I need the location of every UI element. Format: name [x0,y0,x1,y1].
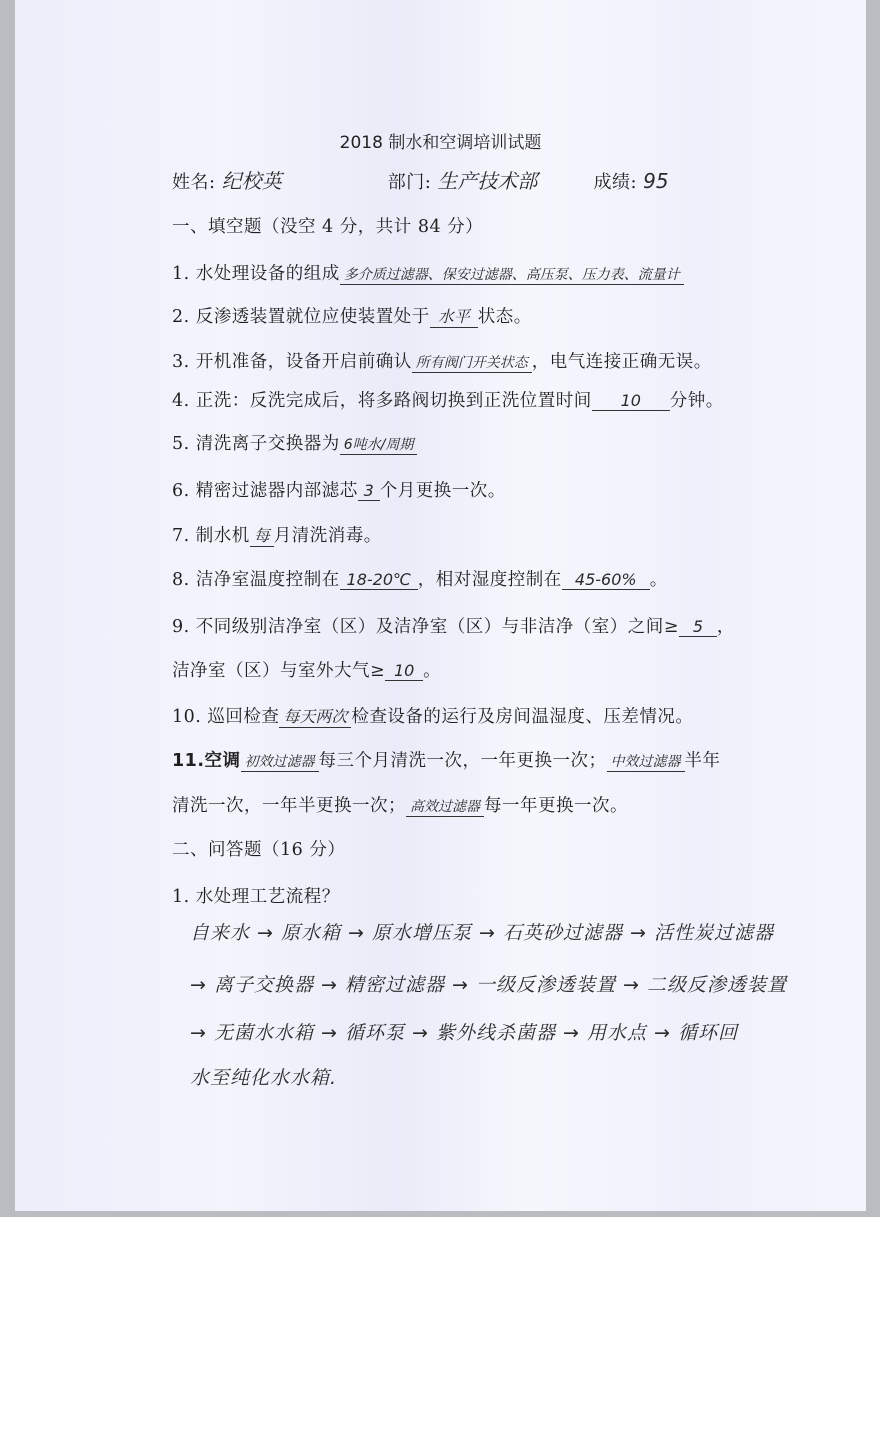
question-9-continued: 洁净室（区）与室外大气≥10。 [172,657,441,682]
q4-prefix: 4. 正洗：反洗完成后，将多路阀切换到正洗位置时间 [172,391,592,411]
q6-suffix: 个月更换一次。 [380,481,506,501]
q6-answer: 3 [358,481,380,501]
q4-suffix: 分钟。 [670,391,724,411]
dept-value: 生产技术部 [437,165,587,194]
q10-prefix: 10. 巡回检查 [172,707,279,727]
q9-prefix: 9. 不同级别洁净室（区）及洁净室（区）与非洁净（室）之间≥ [172,617,679,637]
question-1: 1. 水处理设备的组成多介质过滤器、保安过滤器、高压泵、压力表、流量计 [172,260,684,285]
question-4: 4. 正洗：反洗完成后，将多路阀切换到正洗位置时间10分钟。 [172,387,724,412]
q3-suffix: ，电气连接正确无误。 [532,352,712,372]
q11-prefix: 11.空调 [172,751,241,771]
question-6: 6. 精密过滤器内部滤芯3个月更换一次。 [172,477,506,502]
q6-prefix: 6. 精密过滤器内部滤芯 [172,481,358,501]
question-11-continued: 清洗一次，一年半更换一次；高效过滤器每一年更换一次。 [172,792,628,817]
q11-suffix: 半年 [685,751,721,771]
essay-question-1: 1. 水处理工艺流程？ [172,883,340,908]
essay-answer-line: → 离子交换器 → 精密过滤器 → 一级反渗透装置 → 二级反渗透装置 [190,970,787,997]
q5-answer: 6吨水/周期 [340,434,418,455]
score-value: 95 [643,169,668,193]
q9-suffix: ， [717,617,735,637]
q9b-prefix: 洁净室（区）与室外大气≥ [172,661,385,681]
name-value: 纪校英 [222,165,382,194]
question-9: 9. 不同级别洁净室（区）及洁净室（区）与非洁净（室）之间≥5， [172,613,735,638]
header-row: 姓名: 纪校英 部门: 生产技术部 成绩: 95 [172,165,669,194]
q8-answer-temperature: 18-20℃ [340,570,418,590]
q2-prefix: 2. 反渗透装置就位应使装置处于 [172,307,430,327]
q3-prefix: 3. 开机准备，设备开启前确认 [172,352,412,372]
q1-prefix: 1. 水处理设备的组成 [172,264,340,284]
question-7: 7. 制水机每月清洗消毒。 [172,522,382,547]
essay-answer-line: 水至纯化水水箱. [190,1063,337,1090]
q9b-answer: 10 [385,661,423,681]
q8-middle: ，相对湿度控制在 [418,570,562,590]
question-2: 2. 反渗透装置就位应使装置处于水平状态。 [172,303,532,328]
name-label: 姓名: [172,172,216,193]
q7-answer: 每 [250,523,274,547]
exam-paper: 2018 制水和空调培训试题 姓名: 纪校英 部门: 生产技术部 成绩: 95 … [15,0,866,1211]
question-11: 11.空调初效过滤器每三个月清洗一次，一年更换一次；中效过滤器半年 [172,747,721,772]
q2-suffix: 状态。 [478,307,532,327]
section1-heading: 一、填空题（没空 4 分，共计 84 分） [172,213,483,238]
q8-prefix: 8. 洁净室温度控制在 [172,570,340,590]
essay-answer-line: → 无菌水水箱 → 循环泵 → 紫外线杀菌器 → 用水点 → 循环回 [190,1018,738,1045]
q11b-answer-hepa-filter: 高效过滤器 [406,796,484,817]
q7-prefix: 7. 制水机 [172,526,250,546]
q1-answer: 多介质过滤器、保安过滤器、高压泵、压力表、流量计 [340,264,684,285]
q8-answer-humidity: 45-60% [562,570,650,590]
q10-suffix: 检查设备的运行及房间温湿度、压差情况。 [351,707,693,727]
question-10: 10. 巡回检查每天两次检查设备的运行及房间温湿度、压差情况。 [172,703,693,728]
question-8: 8. 洁净室温度控制在18-20℃，相对湿度控制在45-60%。 [172,566,668,591]
q11-answer-medium-filter: 中效过滤器 [607,751,685,772]
q2-answer: 水平 [430,304,478,328]
dept-label: 部门: [388,172,432,193]
q11-middle: 每三个月清洗一次，一年更换一次； [319,751,607,771]
q9-answer: 5 [679,617,717,637]
exam-title: 2018 制水和空调培训试题 [15,128,866,153]
q7-suffix: 月清洗消毒。 [274,526,382,546]
q8-suffix: 。 [650,570,668,590]
q9b-suffix: 。 [423,661,441,681]
question-5: 5. 清洗离子交换器为6吨水/周期 [172,430,417,455]
essay-answer-line: 自来水 → 原水箱 → 原水增压泵 → 石英砂过滤器 → 活性炭过滤器 [190,918,774,945]
q11b-suffix: 每一年更换一次。 [484,796,628,816]
section2-heading: 二、问答题（16 分） [172,836,345,861]
q10-answer: 每天两次 [279,704,351,728]
q11b-prefix: 清洗一次，一年半更换一次； [172,796,406,816]
q11-answer-primary-filter: 初效过滤器 [241,751,319,772]
q5-prefix: 5. 清洗离子交换器为 [172,434,340,454]
q3-answer: 所有阀门开关状态 [412,352,532,373]
score-label: 成绩: [593,172,637,193]
q4-answer: 10 [592,391,670,411]
question-3: 3. 开机准备，设备开启前确认所有阀门开关状态，电气连接正确无误。 [172,348,712,373]
